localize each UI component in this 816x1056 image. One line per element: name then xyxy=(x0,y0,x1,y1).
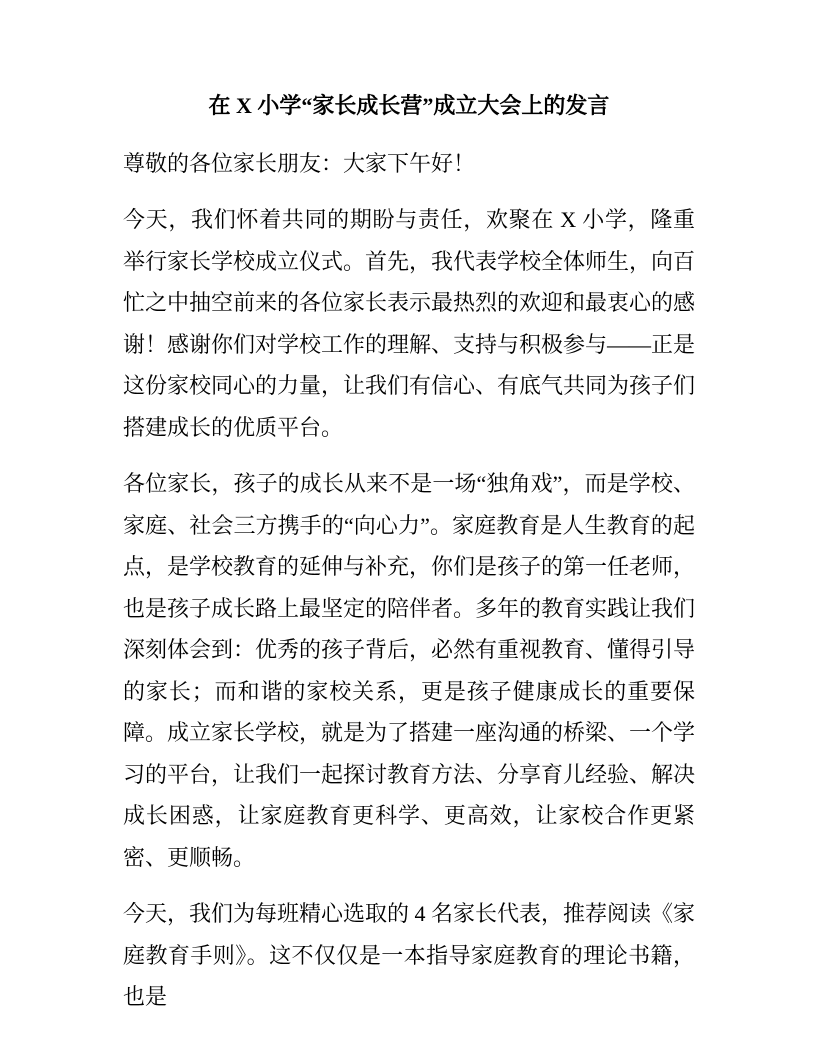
document-page: 在 X 小学“家长成长营”成立大会上的发言 尊敬的各位家长朋友：大家下午好！ 今… xyxy=(0,0,816,1056)
paragraph-book-recommendation: 今天，我们为每班精心选取的 4 名家长代表，推荐阅读《家庭教育手则》。这不仅仅是… xyxy=(123,893,695,1018)
paragraph-welcome: 今天，我们怀着共同的期盼与责任，欢聚在 X 小学，隆重举行家长学校成立仪式。首先… xyxy=(123,199,695,448)
paragraph-greeting: 尊敬的各位家长朋友：大家下午好！ xyxy=(123,143,695,185)
paragraph-family-education: 各位家长，孩子的成长从来不是一场“独角戏”，而是学校、家庭、社会三方携手的“向心… xyxy=(123,463,695,878)
document-content: 在 X 小学“家长成长营”成立大会上的发言 尊敬的各位家长朋友：大家下午好！ 今… xyxy=(0,0,816,1056)
document-title: 在 X 小学“家长成长营”成立大会上的发言 xyxy=(123,85,695,127)
